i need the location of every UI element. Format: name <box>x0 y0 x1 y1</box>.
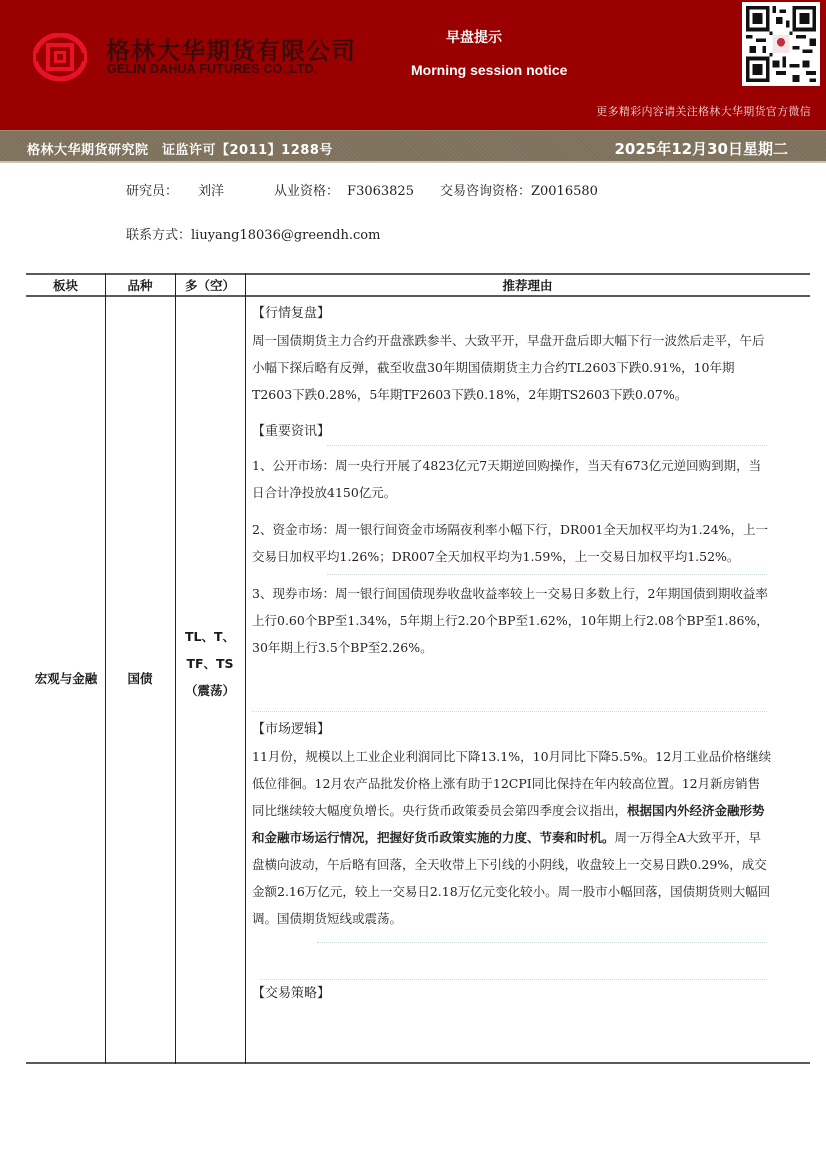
table-bottom-border <box>26 1062 810 1064</box>
news-item-open-market: 1、公开市场：周一央行开展了4823亿元7天期逆回购操作，当天有673亿元逆回购… <box>252 452 772 506</box>
report-date: 2025年12月30日星期二 <box>615 138 789 159</box>
report-title-cn: 早盘提示 <box>446 27 502 47</box>
contact-info: 联系方式：liuyang18036@greendh.com <box>126 224 380 243</box>
direction-cell: TL、T、 TF、TS （震荡） <box>175 621 245 705</box>
company-logo-icon <box>33 33 87 81</box>
logic-title: 【市场逻辑】 <box>252 722 330 737</box>
institute-bar: 格林大华期货研究院 证监许可【2011】1288号 2025年12月30日星期二 <box>0 130 826 163</box>
direction-line: （震荡） <box>185 677 235 704</box>
logic-text: 11月份，规模以上工业企业利润同比下降13.1%，10月同比下降5.5%。12月… <box>252 743 772 932</box>
sector-cell: 宏观与金融 <box>32 648 100 708</box>
header-banner: 格林大华期货有限公司 GELIN DAHUA FUTURES CO.,LTD. … <box>0 0 826 130</box>
company-name-en: GELIN DAHUA FUTURES CO.,LTD. <box>107 62 317 76</box>
reason-content: 【行情复盘】 周一国债期货主力合约开盘涨跌参半、大致平开，早盘开盘后即大幅下行一… <box>252 300 772 1007</box>
wechat-qr-code-icon <box>742 2 820 86</box>
qualification-label: 从业资格： <box>274 180 339 199</box>
company-name-cn: 格林大华期货有限公司 <box>106 31 356 66</box>
header-variety: 品种 <box>105 275 175 296</box>
review-text: 周一国债期货主力合约开盘涨跌参半、大致平开，早盘开盘后即大幅下行一波然后走平，午… <box>252 327 772 408</box>
wechat-follow-note: 更多精彩内容请关注格林大华期货官方微信 <box>596 103 811 119</box>
news-item-money-market: 2、资金市场：周一银行间资金市场隔夜利率小幅下行，DR001全天加权平均为1.2… <box>252 516 772 570</box>
section-heading-logic: 【市场逻辑】 <box>252 716 772 743</box>
section-heading-news: 【重要资讯】 <box>252 418 772 445</box>
advisory-number: Z0016580 <box>531 184 598 199</box>
direction-line: TF、TS <box>186 650 233 677</box>
variety-cell: 国债 <box>105 663 175 693</box>
researcher-label: 研究员： <box>126 180 178 199</box>
report-title-en: Morning session notice <box>411 62 567 78</box>
news-item-bond-market: 3、现券市场：周一银行间国债现券收盘收益率较上一交易日多数上行，2年期国债到期收… <box>252 580 772 661</box>
contact-email[interactable]: liuyang18036@greendh.com <box>191 228 380 243</box>
header-direction: 多（空） <box>175 275 245 296</box>
direction-line: TL、T、 <box>185 623 235 650</box>
header-sector: 板块 <box>26 275 105 296</box>
section-heading-strategy: 【交易策略】 <box>252 980 772 1007</box>
section-heading-review: 【行情复盘】 <box>252 300 772 327</box>
advisory-label: 交易咨询资格： <box>440 180 531 199</box>
institute-license: 格林大华期货研究院 证监许可【2011】1288号 <box>27 139 333 158</box>
contact-label: 联系方式： <box>126 224 191 243</box>
header-reason: 推荐理由 <box>245 275 810 296</box>
column-divider <box>245 273 246 1064</box>
researcher-info: 研究员：刘洋从业资格：F3063825交易咨询资格：Z0016580 <box>126 180 598 199</box>
researcher-name: 刘洋 <box>198 180 224 199</box>
qualification-number: F3063825 <box>347 184 414 199</box>
